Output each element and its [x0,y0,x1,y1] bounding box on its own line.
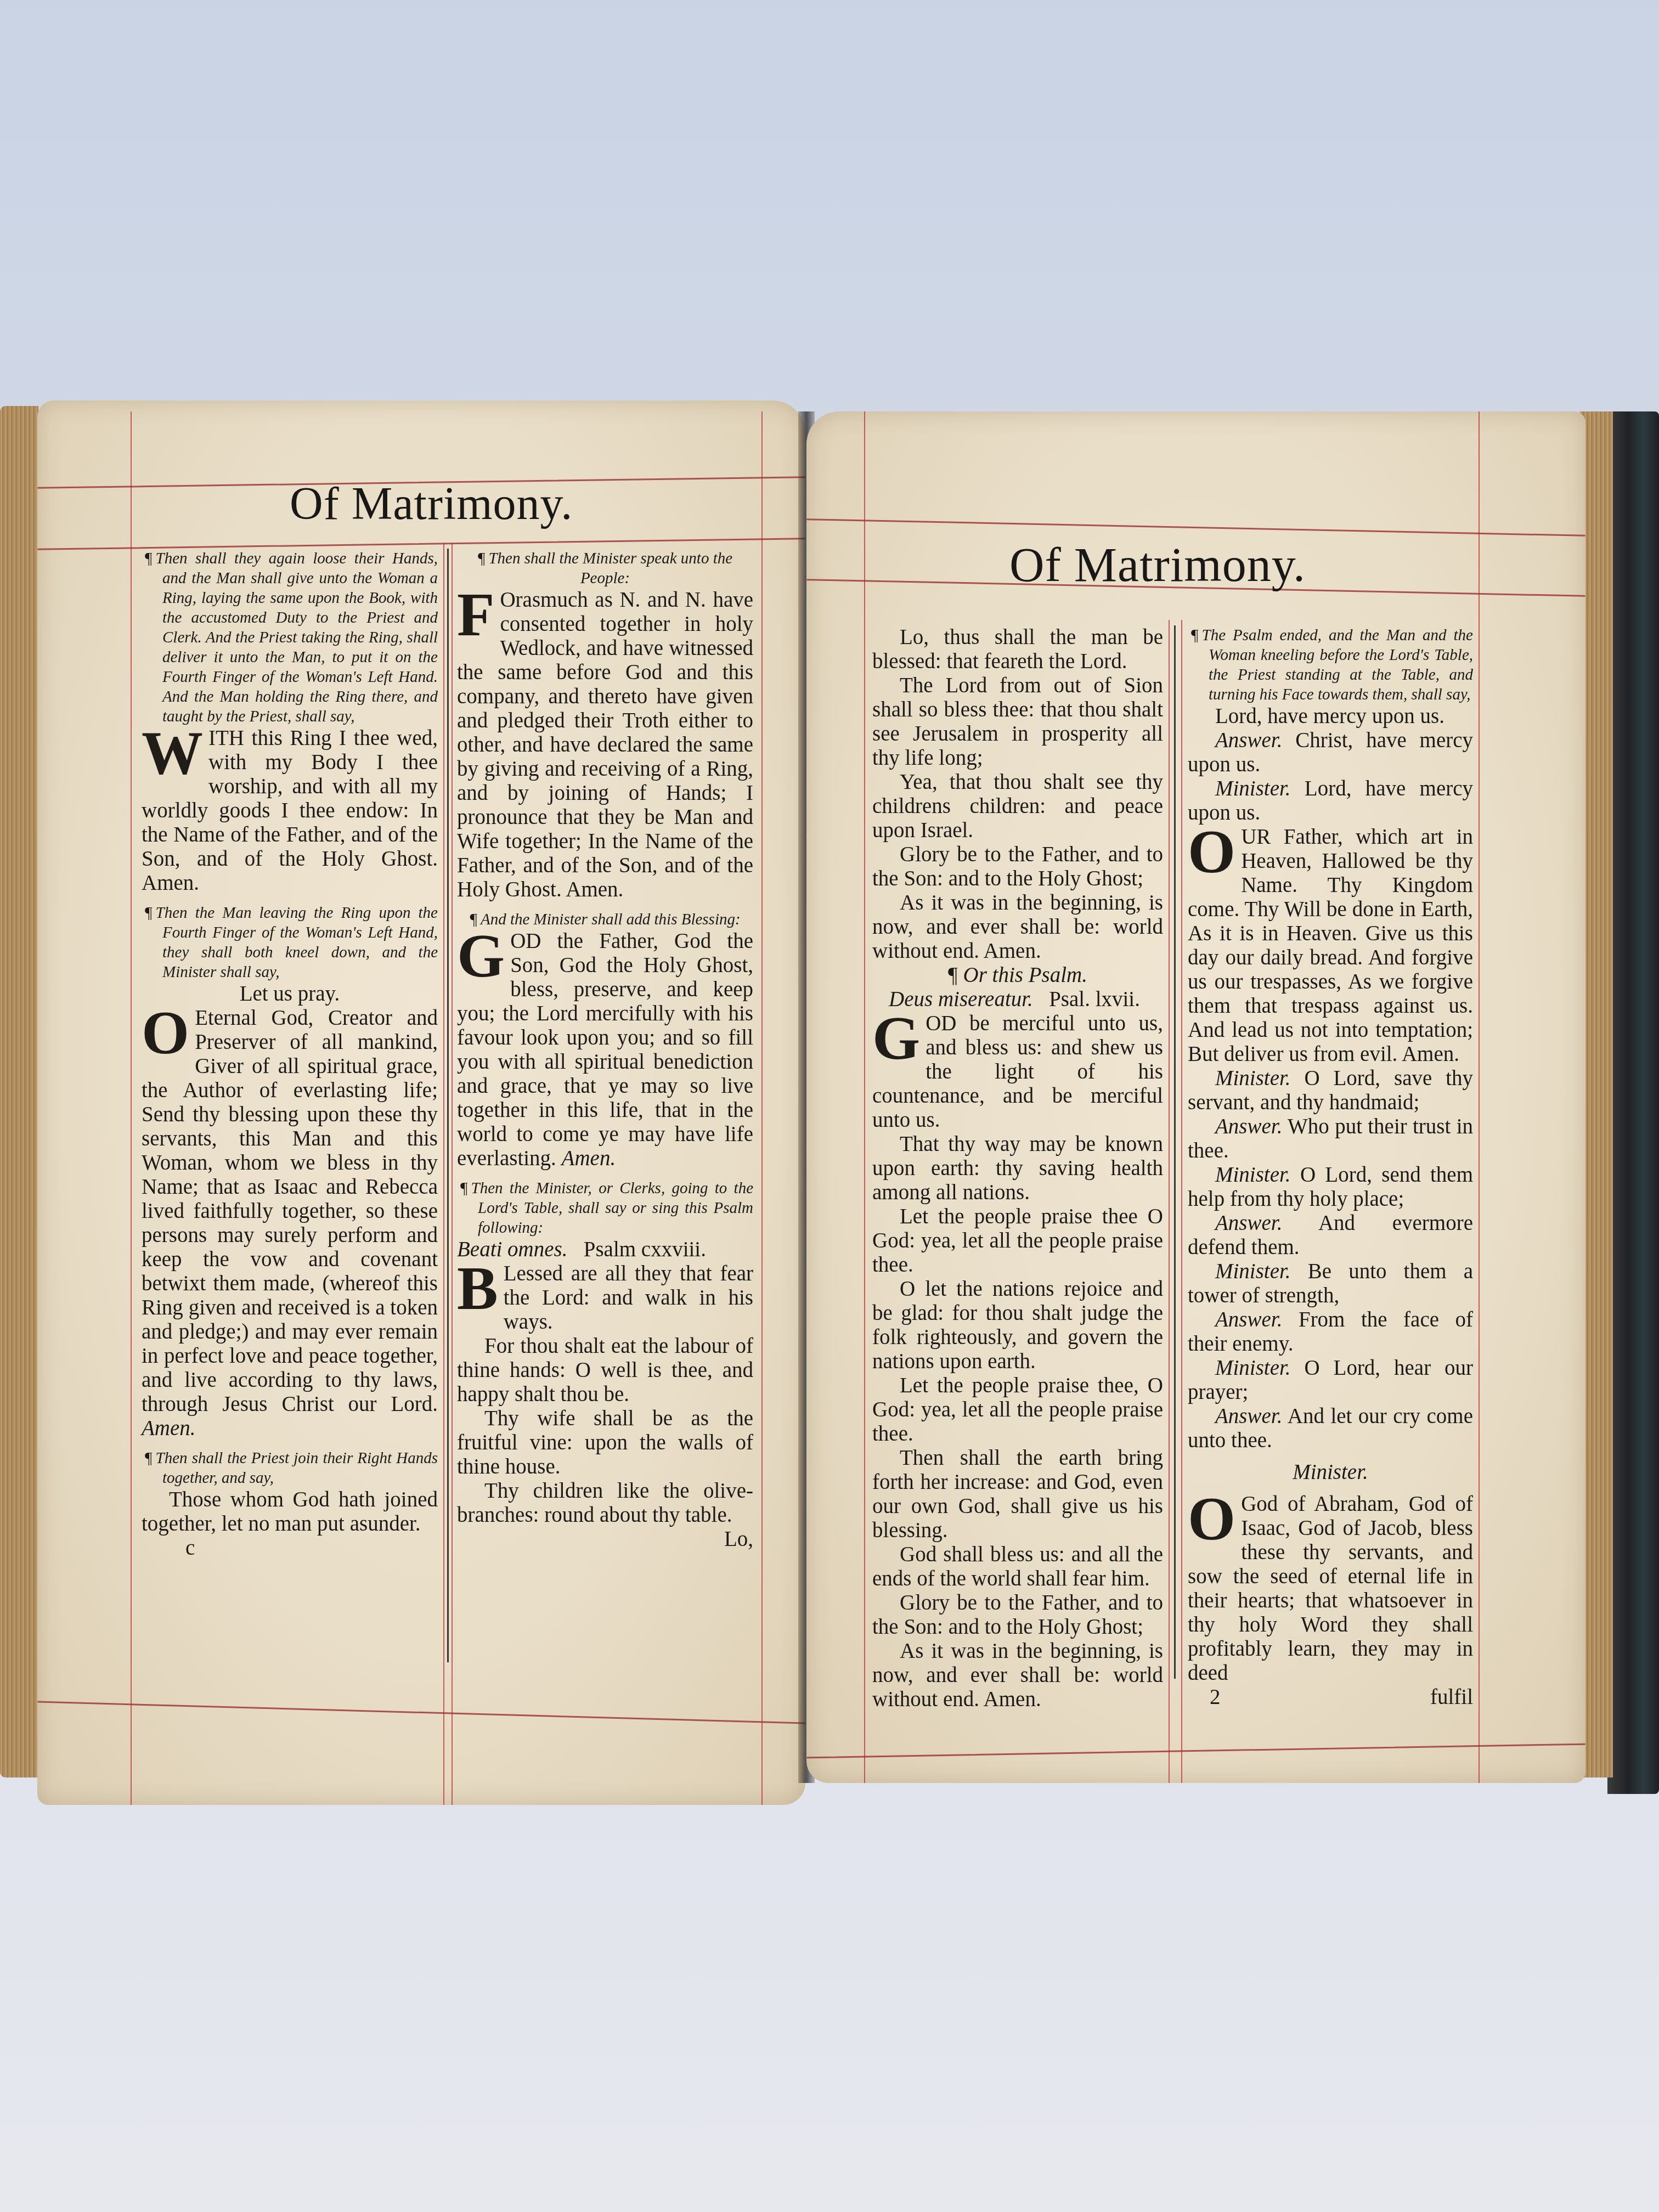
column-separator [1174,625,1176,1679]
column-separator [447,549,449,1662]
rubric: ¶And the Minister shall add this Blessin… [457,910,753,929]
drop-cap: B [457,1264,498,1313]
blessing: GOD the Father, God the Son, God the Hol… [457,929,753,1171]
rubric-or-this-psalm: ¶ Or this Psalm. [872,963,1163,988]
left-page-column-2: ¶Then shall the Minister speak unto the … [457,549,753,1551]
psalm-verse: Yea, that thou shalt see thy childrens c… [872,770,1163,843]
gloria: As it was in the beginning, is now, and … [872,1639,1163,1712]
signature-mark: c [142,1536,438,1560]
kyrie: Lord, have mercy upon us. [1188,704,1473,729]
psalm-verse: Let the people praise thee O God: yea, l… [872,1205,1163,1277]
margin-rule [761,411,763,1805]
lords-prayer: OUR Father, which art in Heaven, Hallowe… [1188,825,1473,1066]
joined-together: Those whom God hath joined together, let… [142,1488,438,1536]
response: Answer. And let our cry come unto thee. [1188,1404,1473,1453]
catchword: Lo, [457,1527,753,1551]
kyrie: Answer. Christ, have mercy upon us. [1188,729,1473,777]
drop-cap: O [1188,1494,1235,1544]
rubric: ¶Then shall the Minister speak unto the … [457,549,753,588]
header-rule-top [806,518,1585,537]
margin-rule [864,411,865,1783]
pilcrow-icon: ¶ [1191,626,1199,644]
footer-rule [37,1701,805,1724]
minister-heading: Minister. [1188,1460,1473,1485]
rubric: ¶The Psalm ended, and the Man and the Wo… [1188,625,1473,704]
psalm-heading: Deus misereatur. Psal. lxvii. [872,988,1163,1012]
pilcrow-icon: ¶ [145,1449,153,1467]
column-rule [1169,620,1170,1783]
footer-rule [806,1743,1585,1759]
open-book: Of Matrimony. ¶Then shall they again loo… [0,379,1659,1805]
right-page: Of Matrimony. Lo, thus shall the man be … [806,411,1585,1783]
right-page-column-1: Lo, thus shall the man be blessed: that … [872,625,1163,1712]
psalm-verse: Let the people praise thee, O God: yea, … [872,1374,1163,1446]
versicle: Minister. O Lord, save thy servant, and … [1188,1066,1473,1115]
rubric: ¶Then the Man leaving the Ring upon the … [142,903,438,982]
pilcrow-icon: ¶ [145,904,153,922]
pilcrow-icon: ¶ [948,963,963,987]
gloria: Glory be to the Father, and to the Son: … [872,843,1163,891]
pronouncement: FOrasmuch as N. and N. have consented to… [457,588,753,902]
psalm-verse: The Lord from out of Sion shall so bless… [872,674,1163,770]
gloria: Glory be to the Father, and to the Son: … [872,1591,1163,1639]
book-cover-spine [1607,411,1659,1794]
signature-mark: 2 [1210,1685,1221,1709]
drop-cap: O [1188,827,1235,877]
psalm-verse: God shall bless us: and all the ends of … [872,1543,1163,1591]
versicle: Minister. O Lord, hear our prayer; [1188,1356,1473,1404]
response: Answer. Who put their trust in thee. [1188,1115,1473,1163]
psalm-verse: For thou shalt eat the labour of thine h… [457,1334,753,1407]
psalm-verse: GOD be merciful unto us, and bless us: a… [872,1012,1163,1132]
psalm-verse: Thy wife shall be as the fruitful vine: … [457,1407,753,1479]
column-rule [443,543,444,1805]
response: Answer. From the face of their enemy. [1188,1308,1473,1356]
psalm-verse: Lo, thus shall the man be blessed: that … [872,625,1163,674]
column-rule [1181,620,1182,1783]
page-edges-left [0,406,38,1778]
psalm-verse: Thy children like the olive-branches: ro… [457,1479,753,1527]
margin-rule [1479,411,1480,1783]
ring-vow: WITH this Ring I thee wed, with my Body … [142,726,438,895]
psalm-verse: O let the nations rejoice and be glad: f… [872,1277,1163,1374]
kyrie: Minister. Lord, have mercy upon us. [1188,777,1473,825]
rubric: ¶Then shall they again loose their Hands… [142,549,438,726]
rubric: ¶Then the Minister, or Clerks, going to … [457,1178,753,1238]
pilcrow-icon: ¶ [460,1179,468,1197]
running-title: Of Matrimony. [290,477,573,531]
pilcrow-icon: ¶ [145,549,153,567]
drop-cap: F [457,590,494,640]
left-page: Of Matrimony. ¶Then shall they again loo… [37,400,805,1805]
drop-cap: G [457,932,505,981]
rubric: ¶Then shall the Priest join their Right … [142,1448,438,1488]
versicle: Minister. O Lord, send them help from th… [1188,1163,1473,1211]
margin-rule [131,411,132,1805]
psalm-heading: Beati omnes. Psalm cxxviii. [457,1238,753,1262]
psalm-verse: BLessed are all they that fear the Lord:… [457,1262,753,1334]
collect: OGod of Abraham, God of Isaac, God of Ja… [1188,1492,1473,1685]
marriage-prayer: OEternal God, Creator and Preserver of a… [142,1006,438,1441]
drop-cap: G [872,1014,920,1063]
versicle: Minister. Be unto them a tower of streng… [1188,1260,1473,1308]
pilcrow-icon: ¶ [470,910,477,928]
psalm-verse: That thy way may be known upon earth: th… [872,1132,1163,1205]
drop-cap: W [142,729,203,778]
catchword: fulfil [1430,1685,1473,1709]
running-title: Of Matrimony. [1009,538,1306,593]
left-page-column-1: ¶Then shall they again loose their Hands… [142,549,438,1560]
response: Answer. And evermore defend them. [1188,1211,1473,1260]
pilcrow-icon: ¶ [478,549,486,567]
right-page-column-2: ¶The Psalm ended, and the Man and the Wo… [1188,625,1473,1709]
drop-cap: O [142,1008,189,1058]
gloria: As it was in the beginning, is now, and … [872,891,1163,963]
psalm-verse: Then shall the earth bring forth her inc… [872,1446,1163,1543]
column-rule [452,543,453,1805]
page-footer: 2fulfil [1188,1685,1473,1709]
